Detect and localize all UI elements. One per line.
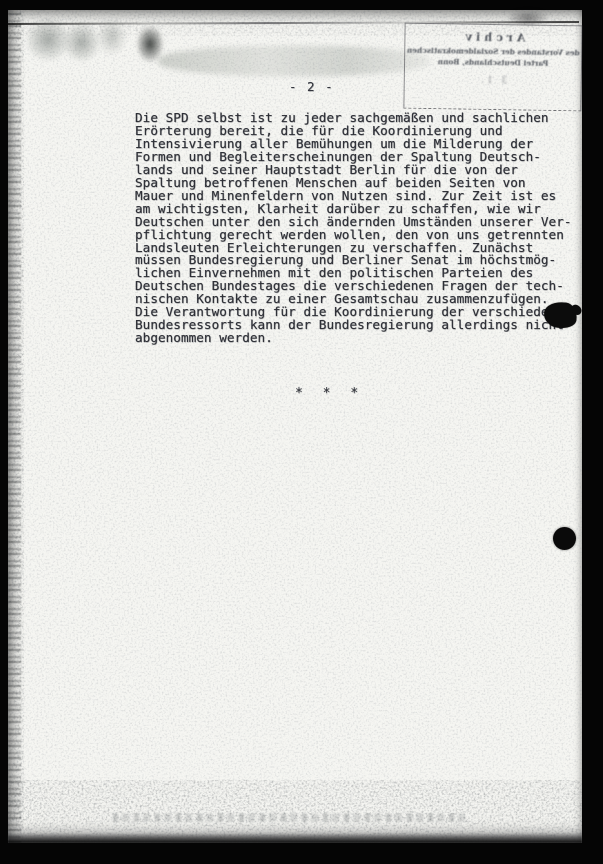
stamp-date: 3 1.	[405, 75, 581, 88]
page-bottom-edge-shadow	[8, 833, 582, 843]
section-separator-asterisks: * * *	[295, 386, 364, 401]
archive-stamp-mirrored-content: Archiv des Vorstandes der Sozialdemokrat…	[404, 24, 581, 111]
bleed-through-smudge-band	[158, 46, 430, 76]
punch-hole-mark	[553, 527, 576, 550]
bleed-through-footer-text	[113, 813, 465, 821]
stamp-title: Archiv	[405, 30, 581, 46]
page-edge-shadow	[8, 10, 21, 843]
scanned-page: Archiv des Vorstandes der Sozialdemokrat…	[8, 10, 582, 843]
stamp-location-line: Partei Deutschlands, Bonn	[405, 57, 581, 69]
scanned-document-screenshot: { "page": { "number_label": "- 2 -", "bo…	[0, 0, 603, 864]
ink-smudge-top-left	[20, 18, 132, 72]
stamp-subtitle-line: des Vorstandes der Sozialdemokratischen	[405, 46, 581, 58]
archive-stamp: Archiv des Vorstandes der Sozialdemokrat…	[403, 23, 582, 112]
document-body-text: Die SPD selbst ist zu jeder sachgemäßen …	[135, 112, 572, 345]
page-number: - 2 -	[289, 79, 334, 94]
